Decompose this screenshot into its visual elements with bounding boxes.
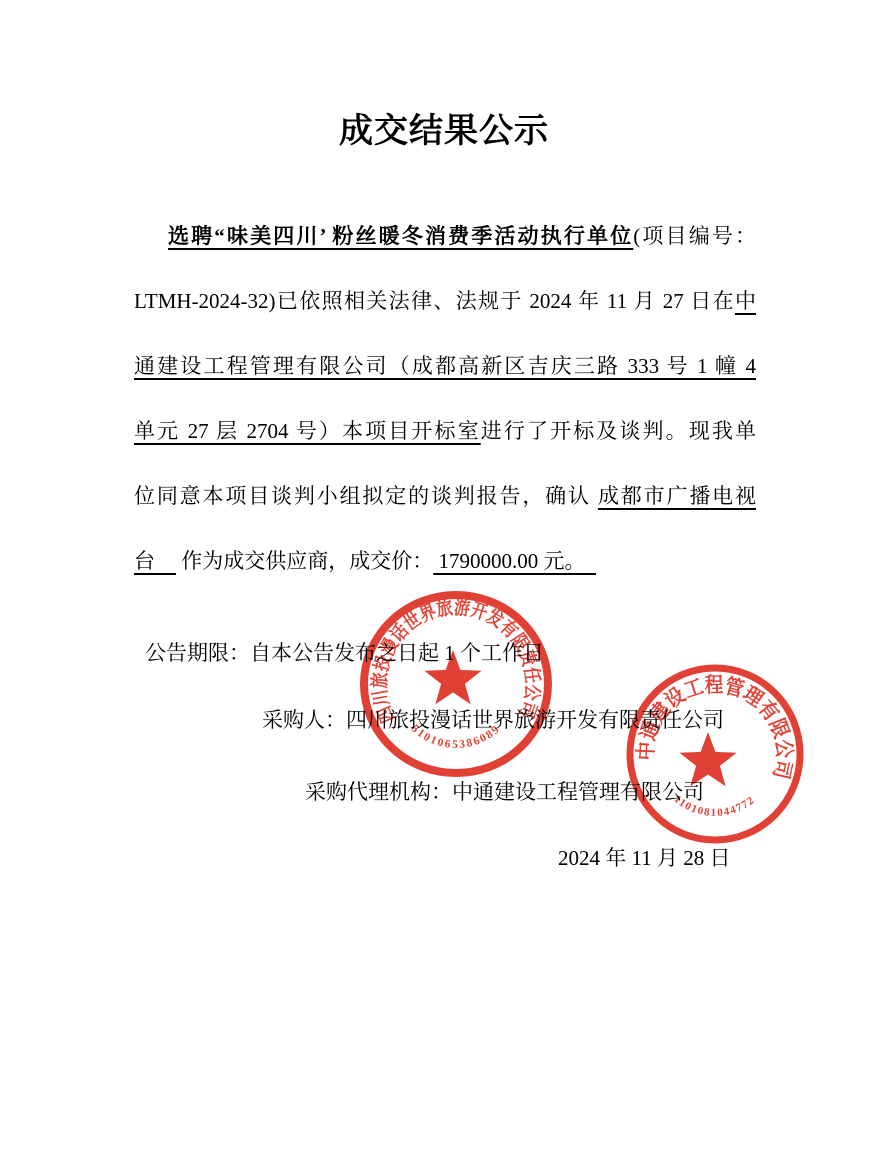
body-text-segment: (项目编号： bbox=[633, 224, 756, 248]
page-title: 成交结果公示 bbox=[0, 112, 888, 153]
seal-number: 1101081044772 bbox=[672, 793, 757, 819]
body-text-segment: 成都市广播电视 bbox=[598, 484, 756, 508]
body-line: 通建设工程管理有限公司（成都高新区吉庆三路 333 号 1 幢 4 bbox=[134, 334, 756, 399]
body-line: LTMH-2024-32)已依照相关法律、法规于 2024 年 11 月 27 … bbox=[134, 269, 756, 334]
star-icon bbox=[679, 732, 736, 786]
purchaser-seal: 四川旅投漫话世界旅游开发有限责任公司 5101065386089 bbox=[346, 574, 566, 794]
announcement-page: 成交结果公示 选聘“味美四川’ 粉丝暖冬消费季活动执行单位(项目编号：LTMH-… bbox=[0, 0, 888, 1174]
body-text-segment: 进行了开标及谈判。现我单 bbox=[481, 419, 756, 443]
body-text-segment: 1790000.00 元。 bbox=[433, 549, 596, 573]
body-line: 位同意本项目谈判小组拟定的谈判报告，确认 成都市广播电视 bbox=[134, 464, 756, 529]
body-line: 选聘“味美四川’ 粉丝暖冬消费季活动执行单位(项目编号： bbox=[134, 204, 756, 269]
body-text-segment: 单元 27 层 2704 号）本项目开标室 bbox=[134, 419, 481, 443]
body-text-segment: 选聘“味美四川’ 粉丝暖冬消费季活动执行单位 bbox=[168, 224, 633, 248]
body-text-segment: 台 bbox=[134, 549, 176, 573]
body-text-segment: 中 bbox=[735, 289, 756, 313]
agency-seal: 中通建设工程管理有限公司 1101081044772 bbox=[615, 654, 815, 854]
seal-number: 5101065386089 bbox=[409, 723, 502, 751]
star-icon bbox=[424, 650, 481, 704]
body-text-segment: 作为成交供应商，成交价： bbox=[176, 549, 433, 573]
announcement-body: 选聘“味美四川’ 粉丝暖冬消费季活动执行单位(项目编号：LTMH-2024-32… bbox=[134, 204, 756, 594]
body-text-segment: 位同意本项目谈判小组拟定的谈判报告，确认 bbox=[134, 484, 598, 508]
body-text-segment: 通建设工程管理有限公司（成都高新区吉庆三路 333 号 1 幢 4 bbox=[134, 354, 756, 378]
body-line: 单元 27 层 2704 号）本项目开标室进行了开标及谈判。现我单 bbox=[134, 399, 756, 464]
body-text-segment: LTMH-2024-32)已依照相关法律、法规于 2024 年 11 月 27 … bbox=[134, 289, 735, 313]
